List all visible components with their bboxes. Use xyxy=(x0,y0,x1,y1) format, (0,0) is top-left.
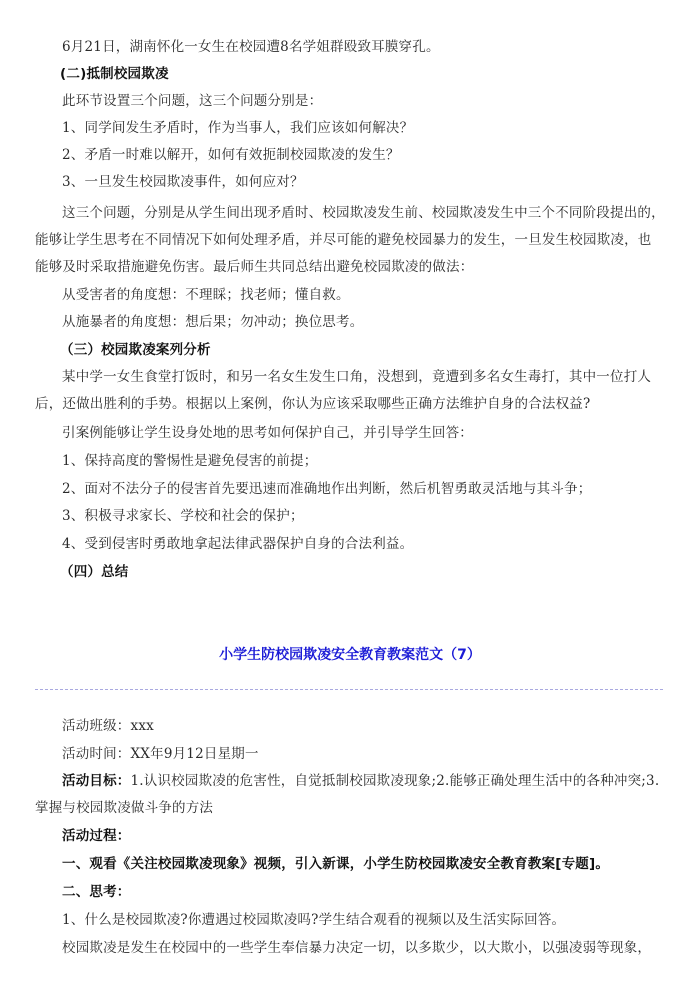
heading-case-analysis: （三）校园欺凌案列分析 xyxy=(60,341,670,359)
case-line-1: 某中学一女生食堂打饭时，和另一名女生发生口角，没想到，竟遭到多名女生毒打，其中一… xyxy=(62,368,672,386)
activity-time: 活动时间：XX年9月12日星期一 xyxy=(62,745,672,763)
step-1: 一、观看《关注校园欺凌现象》视频，引入新课，小学生防校园欺凌安全教育教案[专题]… xyxy=(62,855,672,873)
question-1: 1、同学间发生矛盾时，作为当事人，我们应该如何解决？ xyxy=(62,119,672,137)
bully-view: 从施暴者的角度想：想后果；勿冲动；换位思考。 xyxy=(62,313,672,331)
activity-class: 活动班级：xxx xyxy=(62,717,672,735)
activity-process-label: 活动过程： xyxy=(62,827,672,845)
activity-goal-line-2: 掌握与校园欺凌做斗争的方法 xyxy=(35,799,670,817)
answer-4: 4、受到侵害时勇敢地拿起法律武器保护自身的合法利益。 xyxy=(62,535,672,553)
activity-goal-line-1: 活动目标：1.认识校园欺凌的危害性，自觉抵制校园欺凌现象;2.能够正确处理生活中… xyxy=(62,772,672,790)
step-2: 二、思考： xyxy=(62,883,672,901)
case-line-2: 后，还做出胜利的手势。根据以上案例，你认为应该采取哪些正确方法维护自身的合法权益… xyxy=(35,395,670,413)
answer-3: 3、积极寻求家长、学校和社会的保护； xyxy=(62,507,672,525)
document-page: 6月21日，湖南怀化一女生在校园遭8名学姐群殴致耳膜穿孔。 (二)抵制校园欺凌 … xyxy=(0,0,700,990)
guide-line: 引案例能够让学生设身处地的思考如何保护自己，并引导学生回答： xyxy=(62,424,672,442)
section-title: 小学生防校园欺凌安全教育教案范文（7） xyxy=(0,644,700,664)
explain-line-1: 这三个问题，分别是从学生间出现矛盾时、校园欺凌发生前、校园欺凌发生中三个不同阶段… xyxy=(62,204,672,222)
heading-summary: （四）总结 xyxy=(60,563,670,581)
explain-line-2: 能够让学生思考在不同情况下如何处理矛盾，并尽可能的避免校园暴力的发生，一旦发生校… xyxy=(35,231,670,249)
explain-line-3: 能够及时采取措施避免伤害。最后师生共同总结出避免校园欺凌的做法： xyxy=(35,258,670,276)
heading-resist-bullying: (二)抵制校园欺凌 xyxy=(60,65,670,83)
intro-line: 6月21日，湖南怀化一女生在校园遭8名学姐群殴致耳膜穿孔。 xyxy=(62,38,672,56)
question-3: 3、一旦发生校园欺凌事件，如何应对？ xyxy=(62,173,672,191)
activity-goal-label: 活动目标： xyxy=(62,773,131,789)
answer-1: 1、保持高度的警惕性是避免侵害的前提； xyxy=(62,452,672,470)
victim-view: 从受害者的角度想：不理睬；找老师；懂自救。 xyxy=(62,286,672,304)
question-2: 2、矛盾一时难以解开，如何有效扼制校园欺凌的发生？ xyxy=(62,146,672,164)
activity-goal-text: 1.认识校园欺凌的危害性，自觉抵制校园欺凌现象;2.能够正确处理生活中的各种冲突… xyxy=(131,773,660,789)
question-what-is-bullying: 1、什么是校园欺凌?你遭遇过校园欺凌吗?学生结合观看的视频以及生活实际回答。 xyxy=(62,911,672,929)
bullying-definition: 校园欺凌是发生在校园中的一些学生奉信暴力决定一切，以多欺少，以大欺小，以强凌弱等… xyxy=(62,939,672,957)
answer-2: 2、面对不法分子的侵害首先要迅速而准确地作出判断，然后机智勇敢灵活地与其斗争； xyxy=(62,480,672,498)
questions-intro: 此环节设置三个问题，这三个问题分别是： xyxy=(62,92,672,110)
dashed-divider xyxy=(35,689,663,690)
